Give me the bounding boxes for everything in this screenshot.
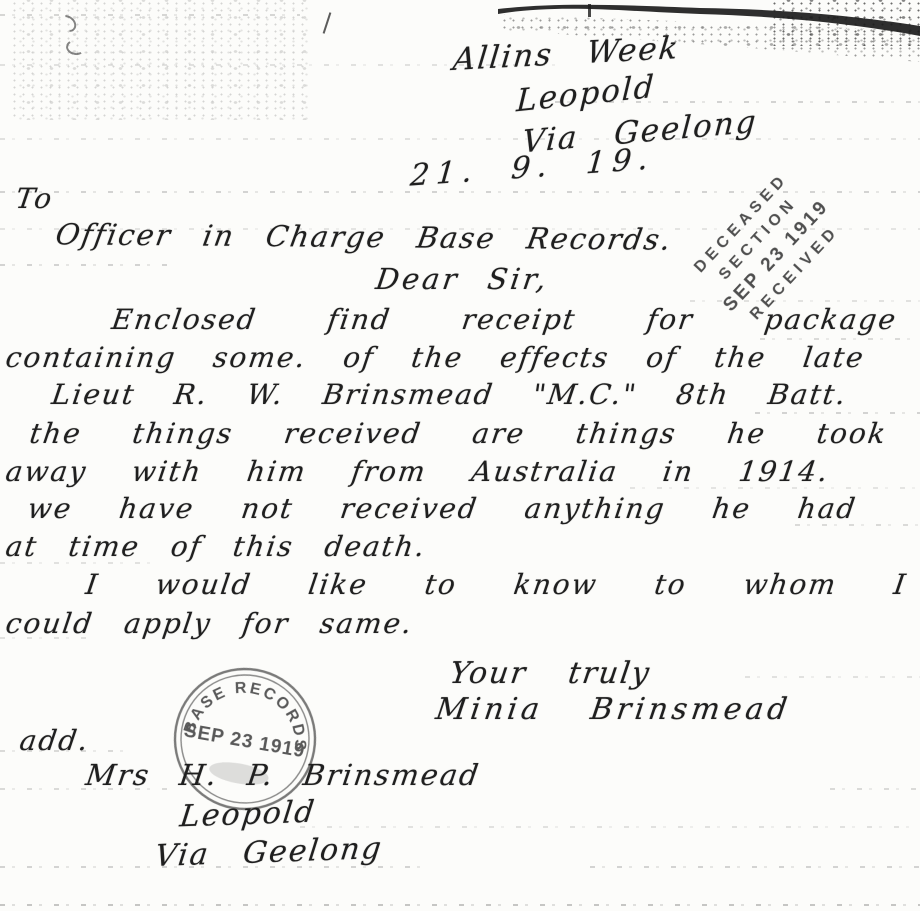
ruled-line [830, 788, 920, 790]
scanned-letter-page: DECEASED SECTION SEP 23 1919 RECEIVED BA… [0, 0, 920, 911]
sender-address-line-2: Leopold [515, 68, 656, 119]
ruled-line [755, 412, 920, 414]
body-line: at time of this death. [4, 530, 429, 563]
ruled-line [0, 264, 170, 266]
body-line: containing some. of the effects of the l… [4, 341, 867, 374]
body-line: away with him from Australia in 1914. [4, 455, 832, 488]
body-line: we have not received anything he had [26, 492, 859, 525]
valediction: Your truly [448, 656, 654, 691]
signature: Minia Brinsmead [434, 692, 794, 727]
footer-address-line-2: Leopold [178, 795, 318, 835]
ruled-line [300, 826, 920, 828]
to-label: To [14, 182, 56, 215]
letter-date: 21. 9. 19. [409, 141, 657, 193]
body-line: the things received are things he took [28, 417, 890, 450]
ruled-line [745, 676, 920, 678]
ruled-line [0, 904, 920, 906]
ruled-line [590, 866, 920, 868]
scan-noise-top-left [10, 0, 310, 120]
footer-add-label: add. [18, 724, 92, 757]
body-line: Lieut R. W. Brinsmead "M.C." 8th Batt. [50, 378, 850, 411]
pen-slash-mark [323, 12, 332, 34]
body-line: Enclosed find receipt for package [110, 303, 900, 336]
stamp-date: SEP 23 1919 [182, 720, 306, 762]
body-line: I would like to know to whom I [84, 568, 910, 601]
body-line: could apply for same. [4, 607, 416, 640]
footer-name: Mrs H. P. Brinsmead [84, 758, 483, 792]
recipient-line: Officer in Charge Base Records. [53, 217, 675, 256]
salutation: Dear Sir, [374, 262, 552, 296]
